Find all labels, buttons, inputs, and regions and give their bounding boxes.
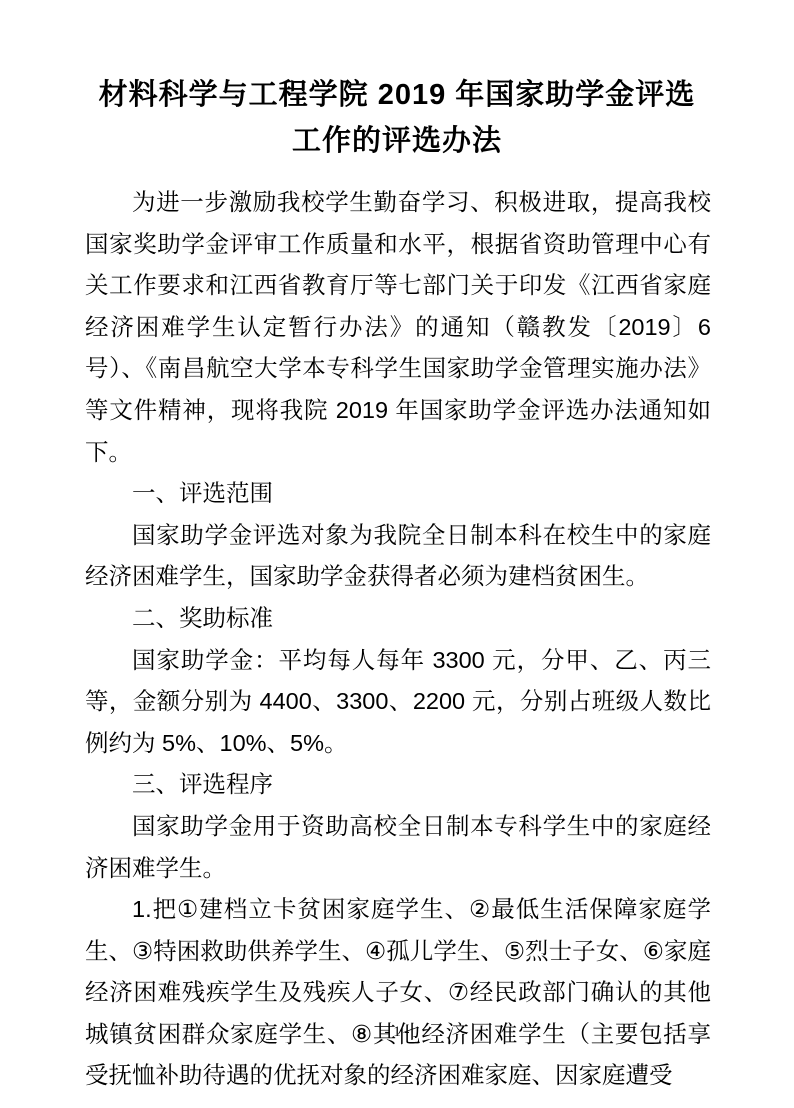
paragraph-intro: 为进一步激励我校学生勤奋学习、积极进取，提高我校国家奖助学金评审工作质量和水平，… [85,182,711,473]
document-page: 材料科学与工程学院 2019 年国家助学金评选工作的评选办法 为进一步激励我校学… [0,0,794,1108]
paragraph-procedure-item-1: 1.把①建档立卡贫困家庭学生、②最低生活保障家庭学生、③特困救助供养学生、④孤儿… [85,889,711,1097]
section-heading-3-procedure: 三、评选程序 [85,764,711,806]
paragraph-procedure-intro: 国家助学金用于资助高校全日制本专科学生中的家庭经济困难学生。 [85,806,711,889]
page-number: - 1 - [0,1022,794,1042]
document-body: 为进一步激励我校学生勤奋学习、积极进取，提高我校国家奖助学金评审工作质量和水平，… [85,182,711,1097]
document-title: 材料科学与工程学院 2019 年国家助学金评选工作的评选办法 [0,0,794,164]
section-heading-2-standard: 二、奖助标准 [85,598,711,640]
paragraph-scope: 国家助学金评选对象为我院全日制本科在校生中的家庭经济困难学生，国家助学金获得者必… [85,515,711,598]
section-heading-1-scope: 一、评选范围 [85,473,711,515]
paragraph-standard: 国家助学金：平均每人每年 3300 元，分甲、乙、丙三等，金额分别为 4400、… [85,640,711,765]
